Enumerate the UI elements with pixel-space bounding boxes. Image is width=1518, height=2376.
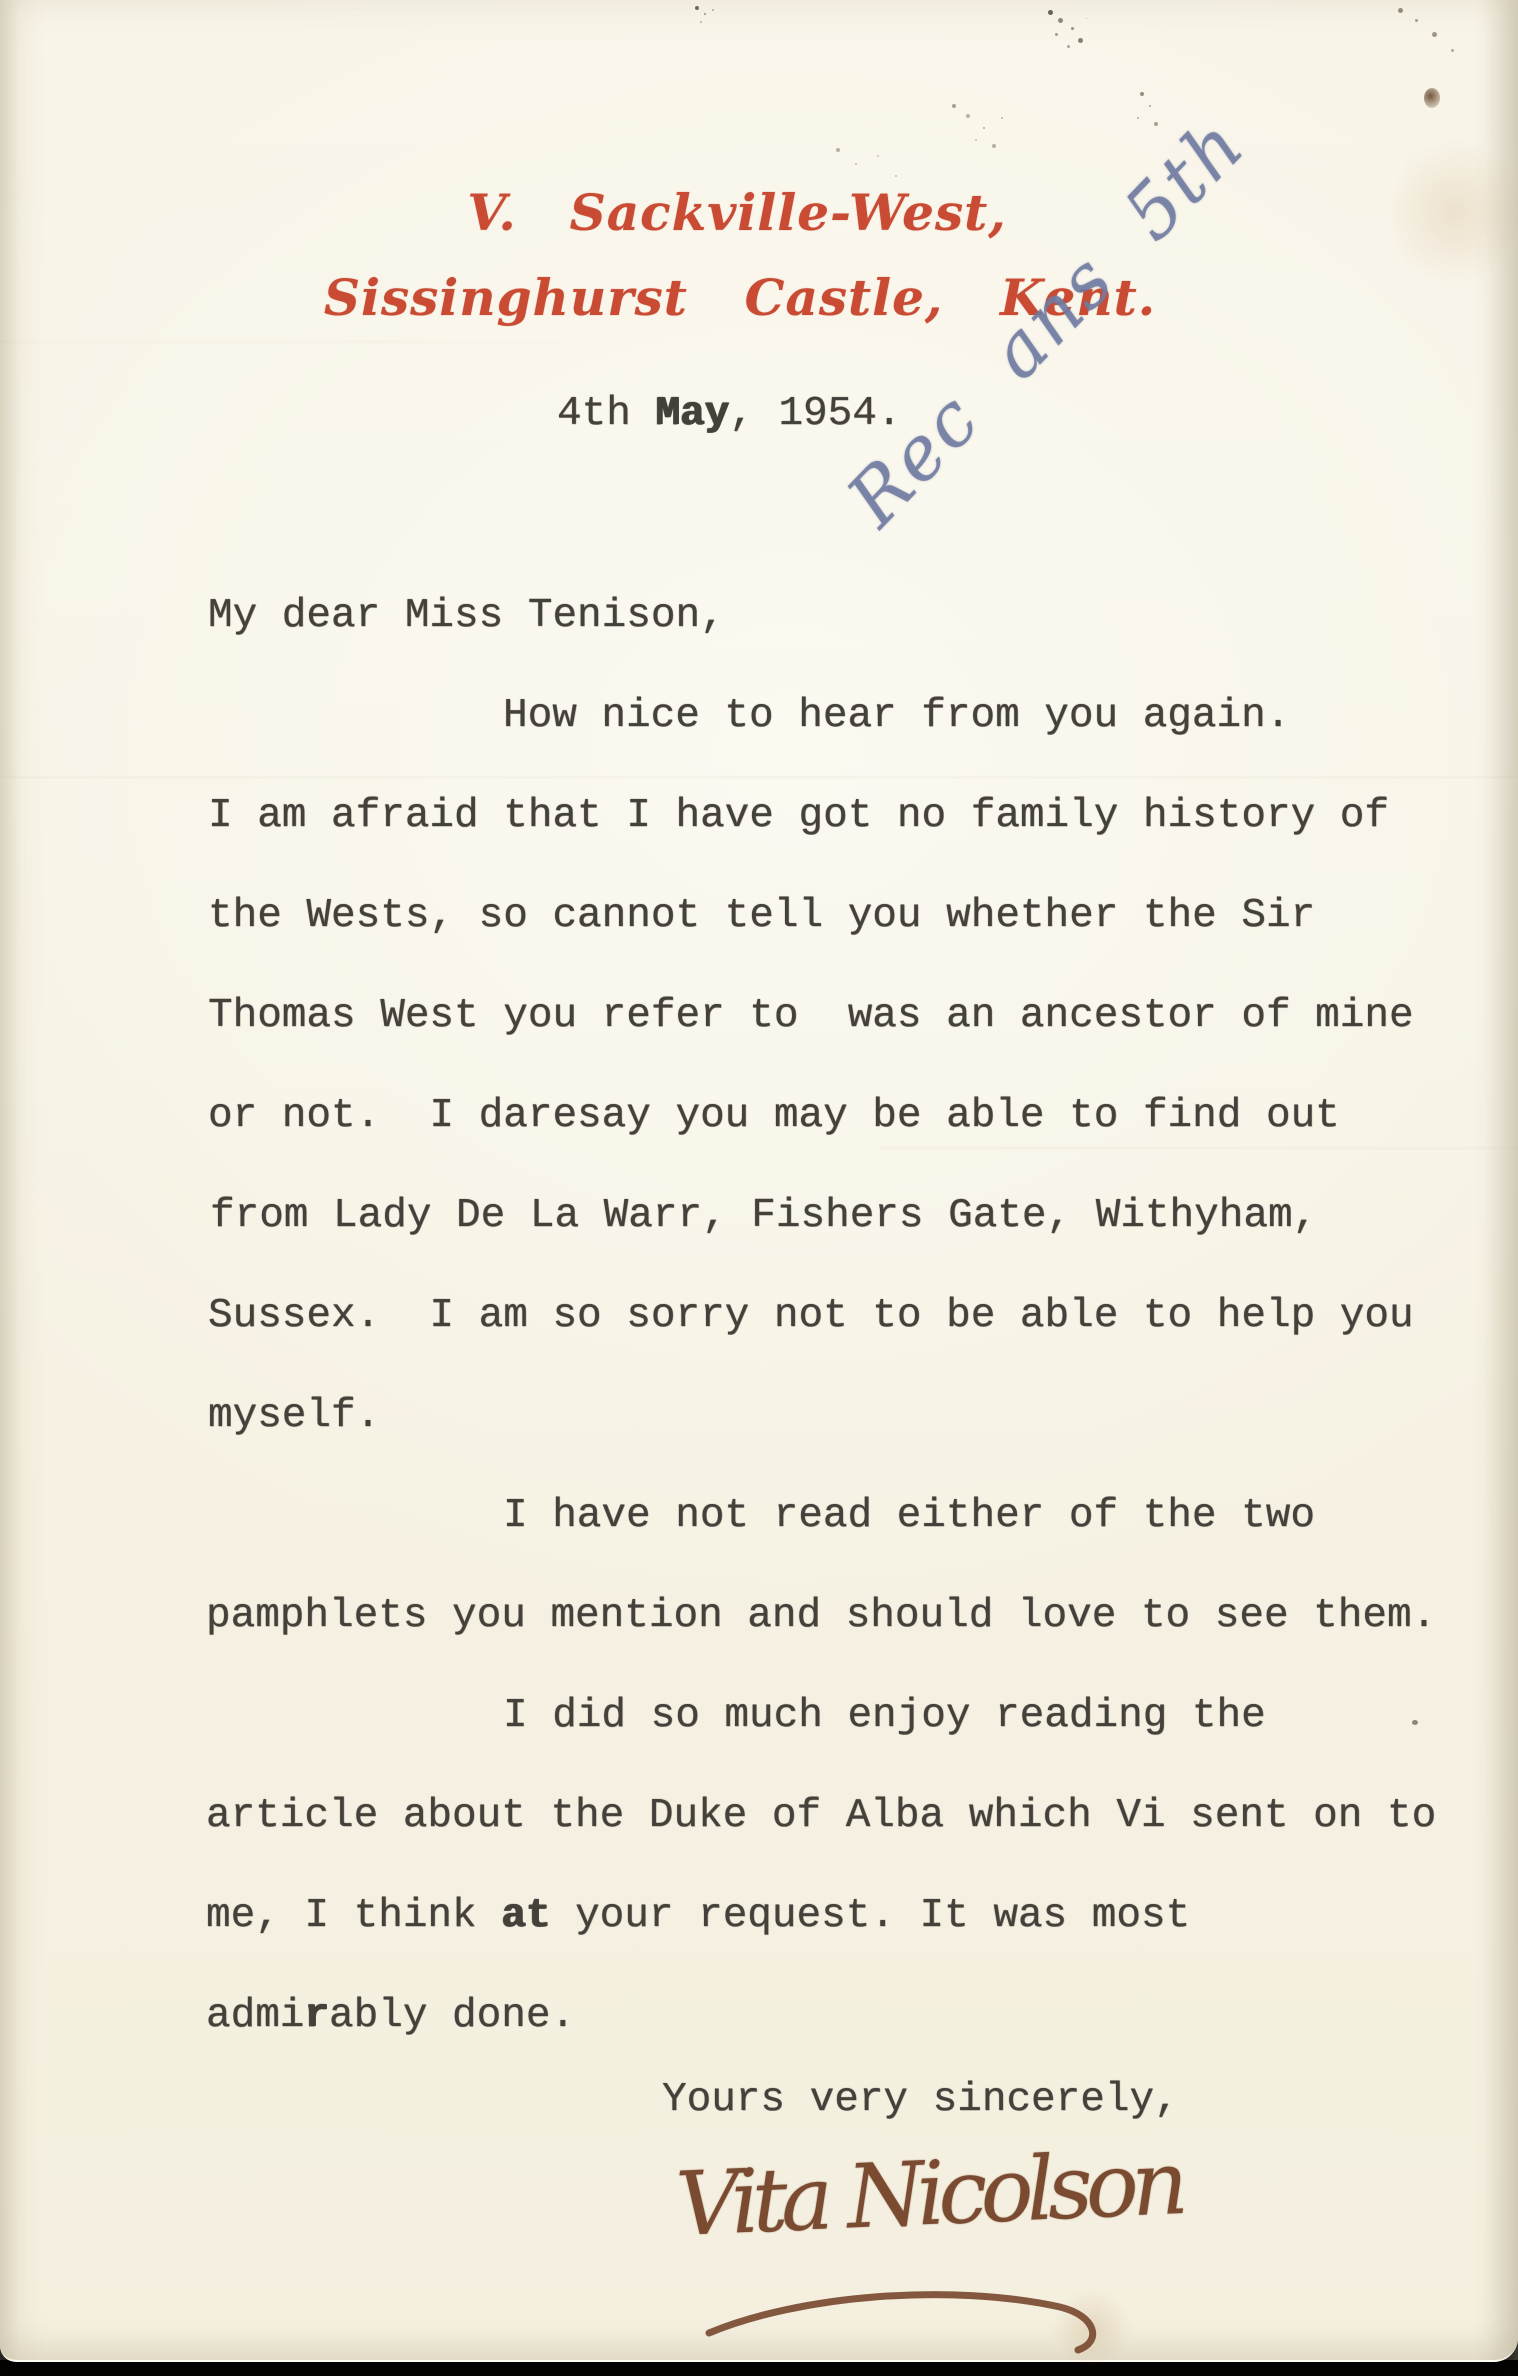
typed-segment: me, I think (206, 1893, 501, 1939)
scanned-letter: V. Sackville-West, Sissinghurst Castle, … (0, 0, 1518, 2376)
crease (880, 1146, 1518, 1153)
ink-smudge (1140, 92, 1144, 96)
typed-line: the Wests, so cannot tell you whether th… (208, 892, 1315, 940)
typed-line: I am afraid that I have got no family hi… (208, 792, 1389, 840)
signature: Vita Nicolson (674, 2131, 1183, 2256)
ink-smudge (836, 148, 840, 152)
closing: Yours very sincerely, (662, 2076, 1179, 2124)
typed-line: article about the Duke of Alba which Vi … (206, 1792, 1436, 1840)
ink-smudge (695, 6, 699, 10)
typed-line: admirably done. (206, 1992, 575, 2040)
ink-smudge (952, 104, 956, 108)
letterhead-name: V. Sackville-West, (0, 183, 1496, 242)
typed-line: myself. (208, 1392, 380, 1440)
crease (0, 340, 560, 347)
typed-segment: your request. It was most (550, 1893, 1190, 1939)
ink-smudge (1398, 8, 1403, 13)
crease (0, 775, 1518, 782)
date-part-overstruck: May (655, 391, 729, 437)
typed-line: How nice to hear from you again. (503, 692, 1290, 740)
page-edge-shadow (0, 0, 20, 2360)
salutation: My dear Miss Tenison, (208, 592, 725, 640)
date-line: 4th May, 1954. (557, 390, 901, 438)
page-edge-shadow (1484, 0, 1518, 2360)
date-part: 4th (557, 391, 655, 437)
ink-blot (1424, 88, 1440, 108)
typed-segment: ably done. (329, 1993, 575, 2039)
signature-flourish (660, 2270, 1180, 2370)
date-part: , 1954. (729, 391, 901, 437)
ink-smudge (1048, 10, 1053, 15)
typed-line: Thomas West you refer to was an ancestor… (208, 992, 1414, 1040)
typed-line: I did so much enjoy reading the (503, 1692, 1266, 1740)
typed-line: pamphlets you mention and should love to… (206, 1592, 1436, 1640)
typed-line: or not. I daresay you may be able to fin… (208, 1092, 1340, 1140)
typed-line: I have not read either of the two (503, 1492, 1315, 1540)
typed-segment: admi (206, 1993, 304, 2039)
paper-speck (1412, 1720, 1418, 1725)
overstruck-letter: r (304, 1993, 329, 2039)
typed-line: from Lady De La Warr, Fishers Gate, With… (210, 1192, 1317, 1240)
typed-line: me, I think at your request. It was most (206, 1892, 1190, 1940)
letter-paper: V. Sackville-West, Sissinghurst Castle, … (0, 0, 1518, 2362)
letterhead-address: Sissinghurst Castle, Kent. (0, 268, 1499, 327)
overstruck-word: at (501, 1893, 550, 1939)
typed-line: Sussex. I am so sorry not to be able to … (208, 1292, 1414, 1340)
